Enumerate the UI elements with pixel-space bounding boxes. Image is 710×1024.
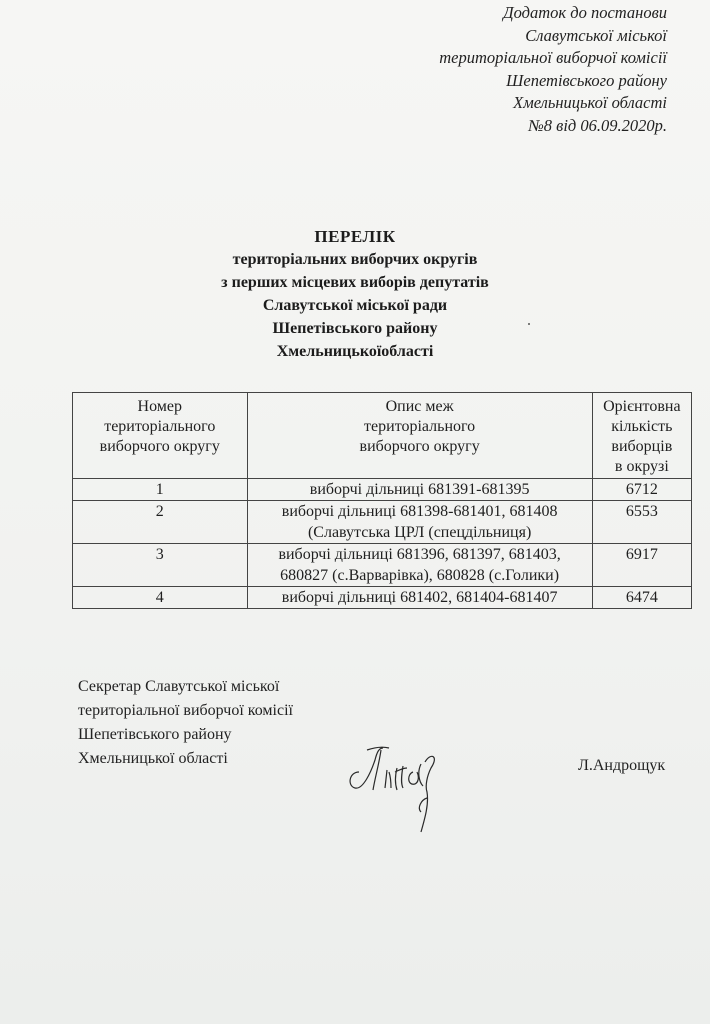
header-line: територіального xyxy=(252,417,588,437)
district-description: виборчі дільниці 681391-681395 xyxy=(247,479,592,501)
signatory-line: Хмельницької області xyxy=(78,747,293,771)
table-row: 1 виборчі дільниці 681391-681395 6712 xyxy=(73,479,692,501)
header-line: Опис меж xyxy=(252,397,588,417)
header-line: Орієнтовна xyxy=(597,397,687,417)
description-line: виборчі дільниці 681402, 681404-681407 xyxy=(252,587,588,608)
appendix-line: Славутської міської xyxy=(439,25,667,48)
header-boundary-description: Опис меж територіального виборчого округ… xyxy=(247,393,592,479)
district-number: 4 xyxy=(73,587,248,609)
district-number: 2 xyxy=(73,501,248,544)
district-description: виборчі дільниці 681396, 681397, 681403,… xyxy=(247,544,592,587)
description-line: 680827 (с.Варварівка), 680828 (с.Голики) xyxy=(252,565,588,586)
description-line: виборчі дільниці 681391-681395 xyxy=(252,479,588,500)
description-line: (Славутська ЦРЛ (спецдільниця) xyxy=(252,522,588,543)
title-line: Шепетівського району xyxy=(0,317,710,340)
description-line: виборчі дільниці 681396, 681397, 681403, xyxy=(252,544,588,565)
appendix-header: Додаток до постанови Славутської міської… xyxy=(439,2,667,137)
appendix-line: Хмельницької області xyxy=(439,92,667,115)
description-line: виборчі дільниці 681398-681401, 681408 xyxy=(252,501,588,522)
voter-count: 6474 xyxy=(592,587,691,609)
scan-speck xyxy=(528,323,530,325)
handwritten-signature-icon xyxy=(345,742,475,837)
title-line: територіальних виборчих округів xyxy=(0,248,710,271)
header-line: Номер xyxy=(77,397,243,417)
signatory-line: Секретар Славутської міської xyxy=(78,675,293,699)
document-title: ПЕРЕЛІК територіальних виборчих округів … xyxy=(0,226,710,363)
table-row: 4 виборчі дільниці 681402, 681404-681407… xyxy=(73,587,692,609)
districts-table: Номер територіального виборчого округу О… xyxy=(72,392,692,609)
header-line: виборчого округу xyxy=(77,437,243,457)
district-description: виборчі дільниці 681398-681401, 681408 (… xyxy=(247,501,592,544)
appendix-line: Додаток до постанови xyxy=(439,2,667,25)
title-main: ПЕРЕЛІК xyxy=(0,226,710,248)
signer-name: Л.Андрощук xyxy=(578,757,665,775)
table-row: 2 виборчі дільниці 681398-681401, 681408… xyxy=(73,501,692,544)
voter-count: 6712 xyxy=(592,479,691,501)
header-voter-count: Орієнтовна кількість виборців в окрузі xyxy=(592,393,691,479)
district-number: 3 xyxy=(73,544,248,587)
header-line: в окрузі xyxy=(597,457,687,477)
header-line: виборчого округу xyxy=(252,437,588,457)
table-header-row: Номер територіального виборчого округу О… xyxy=(73,393,692,479)
voter-count: 6917 xyxy=(592,544,691,587)
title-line: Славутської міської ради xyxy=(0,294,710,317)
appendix-line: №8 від 06.09.2020р. xyxy=(439,115,667,138)
signatory-line: територіальної виборчої комісії xyxy=(78,699,293,723)
district-number: 1 xyxy=(73,479,248,501)
voter-count: 6553 xyxy=(592,501,691,544)
header-line: виборців xyxy=(597,437,687,457)
header-district-number: Номер територіального виборчого округу xyxy=(73,393,248,479)
signatory-line: Шепетівського району xyxy=(78,723,293,747)
title-line: Хмельницькоїобласті xyxy=(0,340,710,363)
table-row: 3 виборчі дільниці 681396, 681397, 68140… xyxy=(73,544,692,587)
header-line: територіального xyxy=(77,417,243,437)
appendix-line: Шепетівського району xyxy=(439,70,667,93)
signatory-title: Секретар Славутської міської територіаль… xyxy=(78,675,293,771)
title-line: з перших місцевих виборів депутатів xyxy=(0,271,710,294)
appendix-line: територіальної виборчої комісії xyxy=(439,47,667,70)
header-line: кількість xyxy=(597,417,687,437)
district-description: виборчі дільниці 681402, 681404-681407 xyxy=(247,587,592,609)
